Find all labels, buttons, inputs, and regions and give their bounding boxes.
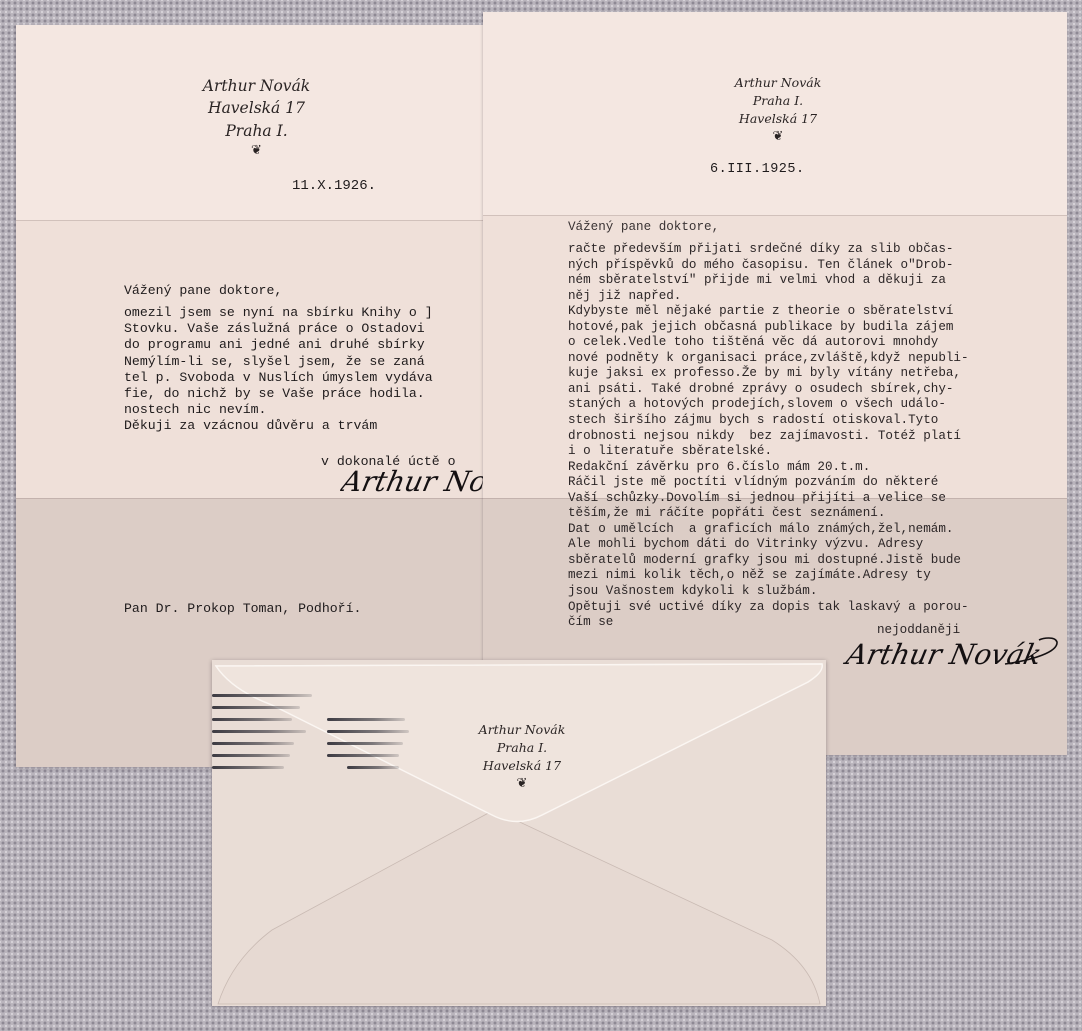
letterhead-name: Arthur Novák xyxy=(30,75,483,97)
body-line: ném sběratelství" přijde mi velmi vhod a… xyxy=(568,273,969,289)
body-line: těším,že mi ráčíte popřáti čest seznámen… xyxy=(568,506,969,522)
letter-date: 11.X.1926. xyxy=(292,178,376,194)
body-line: fie, do nichž by se Vaše práce hodila. xyxy=(124,386,483,402)
body-line: nostech nic nevím. xyxy=(124,402,483,418)
body-line: drobnosti nejsou nikdy bez zajímavosti. … xyxy=(568,429,969,445)
body-line: ani psáti. Také drobné zprávy o osudech … xyxy=(568,382,969,398)
letterhead: Arthur Novák Havelská 17 Praha I. ❦ xyxy=(30,75,483,161)
return-address-name: Arthur Novák xyxy=(218,721,826,739)
body-line: Kdybyste měl nějaké partie z theorie o s… xyxy=(568,304,969,320)
signature: Arthur Nov xyxy=(338,465,486,498)
letterhead-street: Havelská 17 xyxy=(489,110,1067,128)
body-line: hotové,pak jejich občasná publikace by b… xyxy=(568,320,969,336)
body-line: ných příspěvků do mého časopisu. Ten člá… xyxy=(568,258,969,274)
body-line: jsou Vašnostem kdykoli k službám. xyxy=(568,584,969,600)
body-line: kuje jaksi ex professo.Že by mi byly vít… xyxy=(568,366,969,382)
body-line: omezil jsem se nyní na sbírku Knihy o ] xyxy=(124,305,483,321)
body-line: nové podněty k organisaci práce,zvláště,… xyxy=(568,351,969,367)
body-line: mezi nimi kolik těch,o něž se zajímáte.A… xyxy=(568,568,969,584)
letter-1926: Arthur Novák Havelská 17 Praha I. ❦ 11.X… xyxy=(16,25,483,767)
letter-body: račte především přijati srdečné díky za … xyxy=(568,242,969,631)
body-line: Dat o umělcích a graficích málo známých,… xyxy=(568,522,969,538)
body-line: stech širšího zájmu bych s radostí otisk… xyxy=(568,413,969,429)
salutation: Vážený pane doktore, xyxy=(568,220,719,234)
body-line: Stovku. Vaše záslužná práce o Ostadovi xyxy=(124,321,483,337)
ornament-icon: ❦ xyxy=(30,142,483,161)
body-line: Ale mohli bychom dáti do Vitrinky výzvu.… xyxy=(568,537,969,553)
addressee: Pan Dr. Prokop Toman, Podhoří. xyxy=(124,601,361,616)
body-line: do programu ani jedné ani druhé sbírky xyxy=(124,337,483,353)
letterhead-city: Praha I. xyxy=(489,92,1067,110)
ornament-icon: ❦ xyxy=(489,128,1067,147)
letterhead-street: Havelská 17 xyxy=(30,97,483,119)
return-address-city: Praha I. xyxy=(218,739,826,757)
body-line: Nemýlím-li se, slyšel jsem, že se zaná xyxy=(124,354,483,370)
body-line: sběratelů moderní grafky jsou mi dostupn… xyxy=(568,553,969,569)
fold-line xyxy=(16,498,483,499)
body-line: račte především přijati srdečné díky za … xyxy=(568,242,969,258)
body-line: Redakční závěrku pro 6.číslo mám 20.t.m. xyxy=(568,460,969,476)
body-line: něj již napřed. xyxy=(568,289,969,305)
body-line: tel p. Svoboda v Nuslích úmyslem vydáva xyxy=(124,370,483,386)
body-line: Děkuji za vzácnou důvěru a trvám xyxy=(124,418,483,434)
envelope: Arthur Novák Praha I. Havelská 17 ❦ xyxy=(212,660,826,1006)
letter-date: 6.III.1925. xyxy=(710,162,805,177)
body-line: i o literatuře sběratelské. xyxy=(568,444,969,460)
letterhead-city: Praha I. xyxy=(30,120,483,142)
fold-line xyxy=(16,220,483,221)
body-line: staných a hotových prodejích,slovem o vš… xyxy=(568,397,969,413)
letter-body: omezil jsem se nyní na sbírku Knihy o ]S… xyxy=(124,305,483,435)
signature-flourish xyxy=(1003,634,1063,670)
body-line: Ráčil jste mě poctíti vlídným pozváním d… xyxy=(568,475,969,491)
letterhead: Arthur Novák Praha I. Havelská 17 ❦ xyxy=(489,74,1067,147)
letterhead-name: Arthur Novák xyxy=(489,74,1067,92)
closing: nejoddaněji xyxy=(877,623,960,637)
salutation: Vážený pane doktore, xyxy=(124,283,282,298)
return-address: Arthur Novák Praha I. Havelská 17 ❦ xyxy=(218,721,826,794)
letter-1925: Arthur Novák Praha I. Havelská 17 ❦ 6.II… xyxy=(483,12,1067,755)
body-line: Opětuji své uctivé díky za dopis tak las… xyxy=(568,600,969,616)
body-line: o celek.Vedle toho tištěná věc dá autoro… xyxy=(568,335,969,351)
body-line: Vaší schůzky.Dovolím si jednou přijíti a… xyxy=(568,491,969,507)
return-address-street: Havelská 17 xyxy=(218,757,826,775)
fold-line xyxy=(483,215,1067,216)
ornament-icon: ❦ xyxy=(218,775,826,794)
